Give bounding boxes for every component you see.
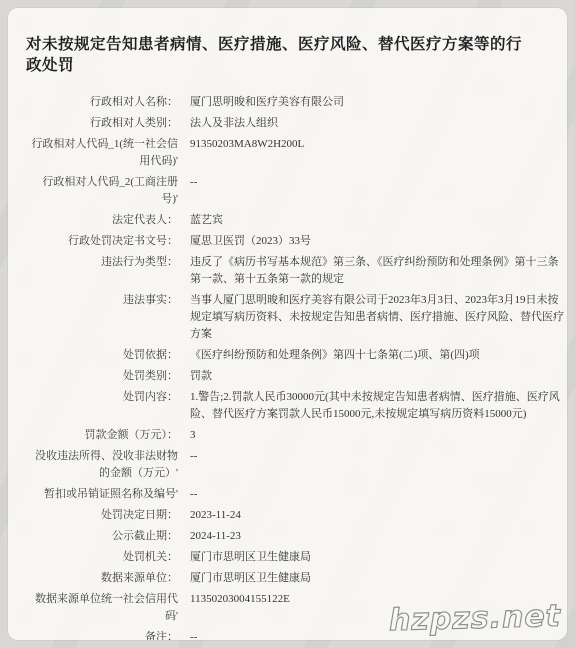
field-row: 行政相对人代码_1(统一社会信用代码)' 91350203MA8W2H200L — [30, 136, 559, 170]
field-value: 2023-11-24 — [190, 507, 565, 524]
field-value: 蓝艺宾 — [190, 212, 565, 229]
field-value: 91350203MA8W2H200L — [190, 136, 565, 170]
field-label: 处罚依据： — [30, 347, 178, 364]
field-value: -- — [190, 448, 565, 482]
field-row: 数据来源单位统一社会信用代码' 11350203004155122E — [30, 591, 559, 625]
field-value: 11350203004155122E — [190, 591, 565, 625]
field-row: 暂扣或吊销证照名称及编号' -- — [30, 486, 559, 503]
field-label: 罚款金额（万元）： — [30, 427, 178, 444]
field-label: 公示截止期： — [30, 528, 178, 545]
field-row: 违法事实： 当事人厦门思明晙和医疗美容有限公司于2023年3月3日、2023年3… — [30, 292, 559, 343]
field-row: 处罚机关： 厦门市思明区卫生健康局 — [30, 549, 559, 566]
field-label: 行政相对人名称： — [30, 94, 178, 111]
field-label: 违法事实： — [30, 292, 178, 343]
field-label: 行政相对人类别： — [30, 115, 178, 132]
field-value: 2024-11-23 — [190, 528, 565, 545]
field-row: 违法行为类型： 违反了《病历书写基本规范》第三条、《医疗纠纷预防和处理条例》第十… — [30, 254, 559, 288]
field-label: 行政相对人代码_2(工商注册号)' — [30, 174, 178, 208]
page-title: 对未按规定告知患者病情、医疗措施、医疗风险、替代医疗方案等的行政处罚 — [26, 34, 529, 76]
field-value: 厦门思明晙和医疗美容有限公司 — [190, 94, 565, 111]
field-label: 处罚类别： — [30, 368, 178, 385]
field-value: -- — [190, 174, 565, 208]
field-value: 3 — [190, 427, 565, 444]
field-label: 数据来源单位： — [30, 570, 178, 587]
field-row: 行政相对人代码_2(工商注册号)' -- — [30, 174, 559, 208]
field-value: 违反了《病历书写基本规范》第三条、《医疗纠纷预防和处理条例》第十三条第一款、第十… — [190, 254, 565, 288]
field-row: 处罚决定日期： 2023-11-24 — [30, 507, 559, 524]
field-value: 厦门市思明区卫生健康局 — [190, 549, 565, 566]
field-row: 数据来源单位： 厦门市思明区卫生健康局 — [30, 570, 559, 587]
field-row: 处罚类别： 罚款 — [30, 368, 559, 385]
field-row: 备注： -- — [30, 629, 559, 640]
field-label: 数据来源单位统一社会信用代码' — [30, 591, 178, 625]
field-row: 罚款金额（万元）： 3 — [30, 427, 559, 444]
field-value: 厦门市思明区卫生健康局 — [190, 570, 565, 587]
field-label: 暂扣或吊销证照名称及编号' — [30, 486, 178, 503]
field-label: 行政处罚决定书文号： — [30, 233, 178, 250]
field-label: 处罚决定日期： — [30, 507, 178, 524]
field-row: 法定代表人： 蓝艺宾 — [30, 212, 559, 229]
field-row: 没收违法所得、没收非法财物的金额（万元）' -- — [30, 448, 559, 482]
field-value: 法人及非法人组织 — [190, 115, 565, 132]
field-label: 法定代表人： — [30, 212, 178, 229]
field-value: -- — [190, 629, 565, 640]
field-label: 行政相对人代码_1(统一社会信用代码)' — [30, 136, 178, 170]
field-value: -- — [190, 486, 565, 503]
penalty-document-card: 对未按规定告知患者病情、医疗措施、医疗风险、替代医疗方案等的行政处罚 行政相对人… — [8, 8, 567, 640]
field-label: 没收违法所得、没收非法财物的金额（万元）' — [30, 448, 178, 482]
fields-table: 行政相对人名称： 厦门思明晙和医疗美容有限公司 行政相对人类别： 法人及非法人组… — [30, 94, 559, 640]
field-value: 当事人厦门思明晙和医疗美容有限公司于2023年3月3日、2023年3月19日未按… — [190, 292, 565, 343]
field-value: 《医疗纠纷预防和处理条例》第四十七条第(二)项、第(四)项 — [190, 347, 565, 364]
field-label: 违法行为类型： — [30, 254, 178, 288]
field-value: 1.警告;2.罚款人民币30000元(其中未按规定告知患者病情、医疗措施、医疗风… — [190, 389, 565, 423]
field-label: 处罚内容： — [30, 389, 178, 423]
field-row: 行政相对人类别： 法人及非法人组织 — [30, 115, 559, 132]
field-row: 行政处罚决定书文号： 厦思卫医罚（2023）33号 — [30, 233, 559, 250]
field-row: 行政相对人名称： 厦门思明晙和医疗美容有限公司 — [30, 94, 559, 111]
page-background: { "colors": { "page_background": "#d9d8d… — [0, 0, 575, 648]
field-value: 厦思卫医罚（2023）33号 — [190, 233, 565, 250]
field-value: 罚款 — [190, 368, 565, 385]
field-label: 处罚机关： — [30, 549, 178, 566]
field-row: 处罚内容： 1.警告;2.罚款人民币30000元(其中未按规定告知患者病情、医疗… — [30, 389, 559, 423]
field-row: 处罚依据： 《医疗纠纷预防和处理条例》第四十七条第(二)项、第(四)项 — [30, 347, 559, 364]
field-row: 公示截止期： 2024-11-23 — [30, 528, 559, 545]
field-label: 备注： — [30, 629, 178, 640]
